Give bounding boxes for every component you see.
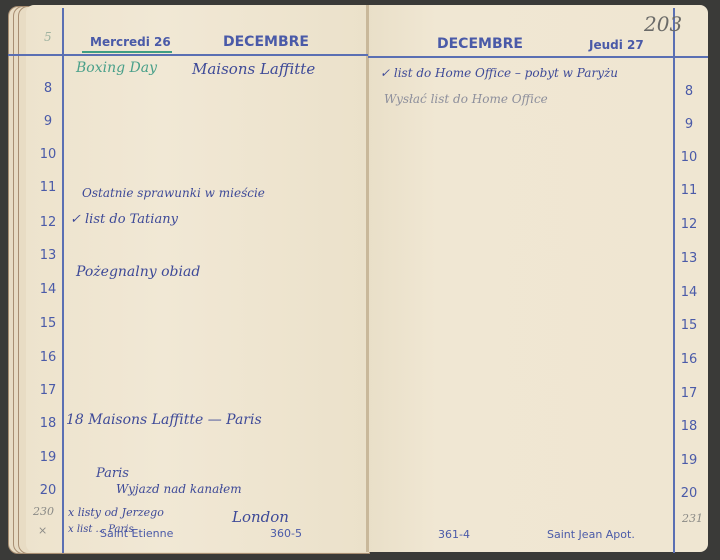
right-page: [368, 5, 708, 552]
hour-label: 17: [677, 386, 701, 401]
book-gutter: [366, 5, 369, 552]
left-header-rule: [8, 54, 368, 56]
hour-label: 10: [36, 147, 60, 162]
right-footer-saint: Saint Jean Apot.: [547, 528, 635, 541]
page-number-pencil: 203: [644, 12, 682, 36]
hour-label: 8: [677, 84, 701, 99]
entry-departure: Wyjazd nad kanałem: [116, 482, 242, 496]
entry-last-errands: Ostatnie sprawunki w mieście: [82, 186, 265, 200]
hour-label: 10: [677, 150, 701, 165]
hour-label: 20: [36, 483, 60, 498]
hour-label: 19: [677, 453, 701, 468]
hour-label: 18: [36, 416, 60, 431]
entry-letters-jerzy: x listy od Jerzego: [68, 506, 164, 519]
hour-label: 16: [677, 352, 701, 367]
hour-label: 8: [36, 81, 60, 96]
entry-letter-tatiana: ✓ list do Tatiany: [70, 212, 178, 227]
right-footer-daynum: 361-4: [438, 528, 470, 541]
left-day-label: Mercredi 26: [90, 35, 171, 49]
entry-boxing-day: Boxing Day: [76, 60, 157, 76]
left-month-label: DECEMBRE: [223, 34, 309, 50]
entry-farewell-dinner: Pożegnalny obiad: [76, 264, 200, 280]
corner-mark: 5: [44, 30, 52, 44]
entry-maisons-laffitte: Maisons Laffitte: [192, 60, 315, 78]
hour-label: 11: [677, 183, 701, 198]
hour-label: 9: [36, 114, 60, 129]
hour-label: 15: [677, 318, 701, 333]
day-underline: [82, 51, 172, 53]
right-header-rule: [368, 56, 708, 58]
left-footer-saint: Saint Etienne: [100, 527, 173, 540]
hour-label: 18: [677, 419, 701, 434]
pencil-x-mark: ×: [38, 524, 47, 537]
right-margin-rule: [673, 8, 675, 553]
hour-label: 13: [36, 248, 60, 263]
pencil-number-left: 230: [33, 505, 54, 518]
pencil-number-right: 231: [682, 512, 703, 525]
hour-label: 14: [677, 285, 701, 300]
hour-label: 12: [36, 215, 60, 230]
right-day-label: Jeudi 27: [589, 38, 644, 52]
entry-send-home-office: Wysłać list do Home Office: [384, 92, 548, 106]
entry-paris: Paris: [96, 466, 129, 481]
hour-label: 13: [677, 251, 701, 266]
hour-label: 20: [677, 486, 701, 501]
left-margin-rule: [62, 8, 64, 553]
hour-label: 15: [36, 316, 60, 331]
hour-label: 9: [677, 117, 701, 132]
hour-label: 11: [36, 180, 60, 195]
entry-home-office-letter: ✓ list do Home Office – pobyt w Paryżu: [380, 66, 618, 80]
right-month-label: DECEMBRE: [437, 36, 523, 52]
entry-london: London: [232, 508, 289, 526]
left-footer-daynum: 360-5: [270, 527, 302, 540]
hour-label: 19: [36, 450, 60, 465]
hour-label: 12: [677, 217, 701, 232]
hour-label: 16: [36, 350, 60, 365]
entry-laffitte-paris: 18 Maisons Laffitte — Paris: [66, 412, 262, 428]
hour-label: 17: [36, 383, 60, 398]
hour-label: 14: [36, 282, 60, 297]
